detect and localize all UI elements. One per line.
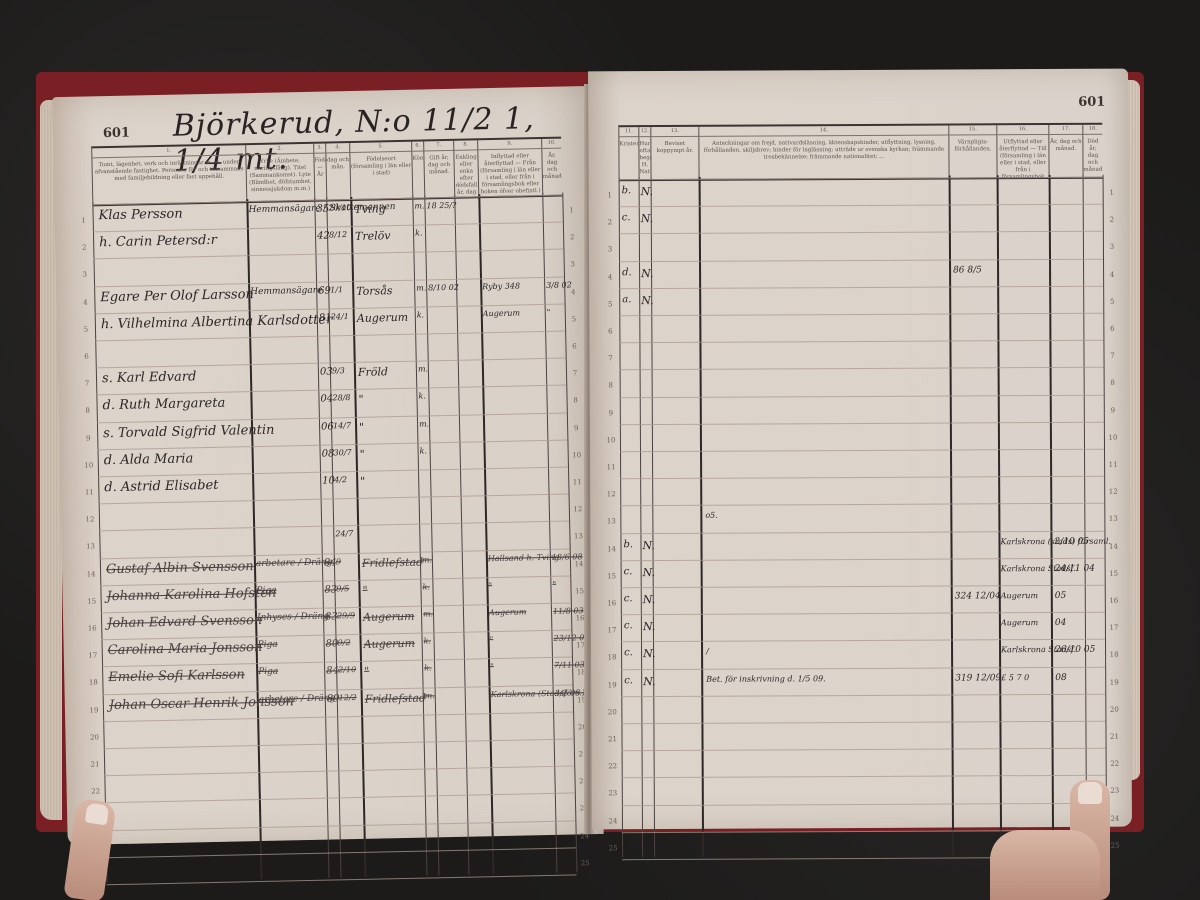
moved-in-date: 3/2 08: [555, 688, 581, 698]
row-number-right: 9: [1106, 406, 1120, 414]
header-col-label: Kristendomskunskap.: [619, 141, 638, 147]
birth-day-month: 1/1: [330, 285, 343, 294]
row-number-left: 14: [604, 545, 618, 553]
header-col-label: Värnpligts-förhållanden.: [954, 139, 991, 152]
sex: k.: [415, 229, 423, 238]
header-col-number: 3.: [314, 145, 325, 154]
row-number-right: 1: [565, 206, 579, 214]
header-col-number: 10.: [542, 140, 561, 149]
row-number-left: 1: [603, 191, 617, 199]
birth-year: 35: [316, 203, 329, 214]
row-rule: [621, 585, 1105, 589]
row-number-right: 25: [578, 859, 592, 867]
sex: k.: [423, 637, 431, 646]
row-number-left: 9: [604, 409, 618, 417]
resident-name: Carolina Maria Jonsson: [108, 640, 263, 658]
sex: m.: [419, 419, 429, 428]
row-number-right: 22: [1108, 760, 1122, 768]
resident-name: h. Carin Petersd:r: [99, 233, 217, 250]
row-number-left: 3: [78, 271, 92, 279]
sex: m.: [416, 283, 426, 292]
communion: N.: [643, 647, 655, 660]
birthplace: ": [360, 475, 365, 488]
header-col-number: 11.: [619, 128, 638, 137]
christian-knowledge: c.: [624, 566, 633, 577]
sex: m.: [414, 201, 424, 210]
header-col-label: Gift år, dag och månad.: [428, 155, 450, 175]
birth-year: 84: [326, 666, 339, 677]
moved-in-from: Augerum: [489, 607, 527, 617]
row-number-right: 10: [1106, 433, 1120, 441]
birth-day-month: 9: [336, 557, 341, 566]
row-number-right: 2: [565, 233, 579, 241]
occupation: arbetare / Dräng: [256, 557, 333, 569]
header-col-5: 5.Födelseort (församling i län eller i s…: [349, 142, 412, 199]
row-number-right: 13: [1106, 515, 1120, 523]
communion: N.: [643, 620, 655, 633]
header-col-number: 8.: [454, 141, 477, 150]
header-col-7: 7.Gift år, dag och månad.: [423, 141, 454, 198]
row-number-left: 22: [606, 762, 620, 770]
row-number-right: 4: [1105, 270, 1119, 278]
birth-day-month: 9/3: [332, 366, 345, 375]
birth-day-month: 24/7: [335, 529, 353, 538]
header-col-10: 10.År, dag och månad.: [541, 139, 562, 195]
row-number-right: 9: [569, 424, 583, 432]
row-number-left: 14: [84, 570, 98, 578]
notes: /: [706, 647, 709, 656]
row-number-right: 18: [1107, 651, 1121, 659]
sex: k.: [420, 446, 428, 455]
header-col-label: Beviset koppympt år.: [657, 141, 694, 154]
birthplace: Tving: [354, 202, 385, 216]
resident-name: Johanna Karolina Hofsten: [106, 585, 276, 604]
header-col-label: dag och mån.: [327, 157, 349, 170]
christian-knowledge: c.: [624, 648, 633, 659]
moved-out-to: £ 5 7 0: [1001, 673, 1029, 682]
header-col-14: 14.Anteckningar om frejd, nattvardsläsni…: [698, 126, 948, 179]
christian-knowledge: c.: [622, 212, 631, 223]
header-col-11: 11.Kristendomskunskap.: [618, 127, 638, 179]
moved-out-date: 26/10 05: [1055, 645, 1095, 655]
row-number-left: 1: [77, 216, 91, 224]
communion: N.: [643, 675, 655, 688]
row-number-left: 15: [85, 597, 99, 605]
left-page-number: 601: [103, 126, 130, 142]
birthplace: Augerum: [363, 610, 415, 624]
birth-year: 89: [327, 693, 340, 704]
birth-year: 83: [325, 611, 338, 622]
header-col-2: 2.Yrke (Ämbete, näringsfång). Titel (Sam…: [245, 144, 314, 201]
moved-in-from: Augerum: [483, 308, 521, 318]
header-col-1: 1.Tomt, lägenhet, verk och inrättningar …: [91, 145, 246, 204]
resident-name: d. Astrid Elisabet: [104, 478, 218, 495]
birthplace: Trelöv: [355, 229, 391, 243]
christian-knowledge: d.: [622, 267, 632, 278]
header-col-12: 12.Huru ofta begått H. Nattv.: [638, 127, 650, 179]
christian-knowledge: c.: [624, 593, 633, 604]
resident-name: Klas Persson: [98, 207, 182, 224]
birth-day-month: 2/10: [338, 665, 356, 674]
moved-in-date: 18/6 08: [552, 552, 583, 562]
row-rule: [619, 231, 1103, 235]
row-rule: [619, 340, 1103, 344]
row-number-right: 19: [1107, 678, 1121, 686]
row-number-right: 1: [1105, 189, 1119, 197]
left-page: 601 Björkerud, N:o 11/2 1, 1/4 mt. 1.Tom…: [52, 86, 604, 845]
resident-name: d. Ruth Margareta: [102, 396, 225, 414]
marriage-date: 18 25/?: [426, 201, 456, 211]
row-number-left: 13: [604, 518, 618, 526]
row-rule: [619, 204, 1103, 208]
row-number-left: 16: [605, 599, 619, 607]
birth-day-month: 24/1: [331, 312, 349, 321]
row-number-left: 4: [78, 298, 92, 306]
resident-name: d. Alda Maria: [104, 451, 194, 468]
header-col-label: Yrke (Ämbete, näringsfång). Titel (Samma…: [249, 158, 312, 193]
right-page: 601 11.Kristendomskunskap.12.Huru ofta b…: [588, 69, 1132, 830]
row-number-left: 11: [604, 463, 618, 471]
resident-name: Gustaf Albin Svensson: [106, 559, 254, 577]
left-thumbnail: [85, 803, 110, 826]
row-rule: [619, 258, 1103, 262]
row-number-left: 2: [77, 244, 91, 252]
birth-day-month: 9/5: [336, 584, 349, 593]
header-col-number: 14.: [699, 127, 948, 137]
birth-day-month: 29/9: [337, 611, 355, 620]
right-column-header: 11.Kristendomskunskap.12.Huru ofta begåt…: [618, 123, 1102, 182]
occupation: Piga: [258, 640, 278, 650]
moved-out-date: 08: [1055, 673, 1067, 683]
header-col-number: 9.: [478, 140, 541, 150]
row-number-right: 6: [567, 342, 581, 350]
birth-year: 04: [320, 394, 333, 405]
birth-year: 84: [324, 557, 337, 568]
row-rule: [621, 721, 1105, 725]
sex: m.: [422, 555, 432, 564]
birth-day-month: 8/12: [329, 230, 347, 239]
row-number-right: 12: [1106, 488, 1120, 496]
birth-year: 83: [324, 584, 337, 595]
column-rule: [619, 177, 624, 857]
row-rule: [620, 394, 1104, 398]
sex: k.: [418, 392, 426, 401]
row-number-left: 8: [604, 382, 618, 390]
right-hand: [990, 830, 1100, 900]
column-rule: [699, 177, 705, 857]
row-number-right: 12: [571, 505, 585, 513]
moved-in-from: ": [488, 581, 492, 590]
communion: N.: [641, 212, 653, 225]
occupation: Piga: [258, 667, 278, 677]
communion: N.: [641, 294, 653, 307]
birth-day-month: 4/2: [334, 475, 347, 484]
birth-day-month: 14/7: [333, 421, 351, 430]
row-number-left: 15: [605, 572, 619, 580]
row-number-left: 5: [603, 300, 617, 308]
header-col-number: 13.: [651, 128, 698, 137]
row-rule: [620, 367, 1104, 371]
christian-knowledge: b.: [623, 539, 633, 550]
moved-in-from: ": [489, 635, 493, 644]
moved-out-date: 24/11 04: [1055, 564, 1095, 574]
row-rule: [622, 775, 1106, 779]
birthplace: Torsås: [356, 284, 392, 298]
row-rule: [622, 748, 1106, 752]
row-number-right: 8: [1106, 379, 1120, 387]
row-number-left: 13: [83, 543, 97, 551]
header-col-label: Enkling eller enka efter dödsfall år, da…: [455, 154, 477, 196]
row-number-right: 5: [567, 315, 581, 323]
row-rule: [620, 449, 1104, 453]
row-number-left: 25: [606, 844, 620, 852]
birthplace: ": [362, 584, 367, 597]
header-col-number: 4.: [326, 144, 349, 153]
row-number-right: 21: [1107, 733, 1121, 741]
right-thumbnail: [1078, 782, 1102, 804]
row-number-right: 6: [1105, 325, 1119, 333]
row-number-right: 3: [566, 261, 580, 269]
birth-year: 69: [318, 285, 331, 296]
birthplace: ": [358, 393, 363, 406]
notes: o5.: [705, 511, 718, 520]
row-number-right: 7: [568, 369, 582, 377]
occupation: Inhyses / Dräng: [257, 612, 329, 624]
birth-day-month: 28/8: [332, 393, 350, 402]
header-col-13: 13.Beviset koppympt år.: [650, 127, 698, 179]
row-rule: [619, 313, 1103, 317]
row-number-right: 15: [1107, 569, 1121, 577]
header-col-label: Kön: [412, 155, 423, 161]
row-number-left: 7: [604, 354, 618, 362]
occupation: arbetare / Dräng: [259, 693, 336, 705]
sex: k.: [424, 664, 432, 673]
sex: k.: [417, 310, 425, 319]
moved-in-from: Ryby 348: [482, 281, 520, 291]
row-rule: [620, 530, 1104, 534]
header-col-label: År, dag och månad.: [1050, 139, 1082, 152]
row-number-left: 4: [603, 273, 617, 281]
christian-knowledge: c.: [624, 620, 633, 631]
birthplace: Augerum: [364, 637, 416, 651]
row-rule: [621, 639, 1105, 643]
row-number-right: 5: [1105, 297, 1119, 305]
header-col-number: 12.: [639, 128, 650, 137]
birth-day-month: 30/7: [334, 448, 352, 457]
header-col-label: Död år, dag och månad.: [1084, 139, 1103, 173]
birth-day-month: 9/2: [338, 638, 351, 647]
military-service: 319 12/09: [955, 673, 1001, 683]
column-rule: [997, 175, 1003, 855]
sex: m.: [423, 609, 433, 618]
header-col-16: 16.Utflyttad eller återflyttad — Till (f…: [996, 125, 1048, 177]
birthplace: ": [359, 420, 364, 433]
row-number-left: 8: [81, 407, 95, 415]
row-rule: [621, 666, 1105, 670]
row-rule: [621, 558, 1105, 562]
row-number-right: 11: [570, 478, 584, 486]
moved-in-date: ": [552, 580, 556, 589]
birthplace: ": [360, 448, 365, 461]
row-number-right: 24: [1108, 814, 1122, 822]
row-number-right: 7: [1105, 352, 1119, 360]
row-rule: [620, 503, 1104, 507]
row-number-left: 10: [82, 461, 96, 469]
header-col-4: 4.dag och mån.: [325, 143, 350, 199]
birth-year: 10: [322, 475, 335, 486]
row-number-left: 18: [86, 679, 100, 687]
birth-day-month: 20/10: [328, 203, 351, 212]
column-rule: [424, 195, 439, 875]
communion: N.: [641, 185, 653, 198]
row-rule: [621, 694, 1105, 698]
header-col-number: 6.: [412, 142, 423, 151]
row-number-left: 12: [83, 516, 97, 524]
header-col-label: Huru ofta begått H. Nattv.: [639, 141, 650, 175]
christian-knowledge: a.: [622, 294, 631, 305]
row-number-left: 20: [605, 708, 619, 716]
communion: N.: [643, 566, 655, 579]
birth-year: 03: [320, 367, 333, 378]
communion: N.: [641, 267, 653, 280]
row-number-left: 21: [605, 735, 619, 743]
row-number-left: 3: [603, 246, 617, 254]
resident-name: s. Karl Edvard: [102, 369, 197, 386]
resident-name: s. Torvald Sigfrid Valentin: [103, 422, 275, 441]
christian-knowledge: b.: [622, 185, 632, 196]
header-col-15: 15.Värnpligts-förhållanden.: [948, 125, 996, 177]
row-number-left: 18: [605, 654, 619, 662]
row-number-left: 9: [81, 434, 95, 442]
sex: k.: [422, 582, 430, 591]
moved-in-date: ": [547, 308, 551, 317]
row-number-left: 6: [79, 352, 93, 360]
birth-year: 08: [322, 448, 335, 459]
row-number-right: 16: [1107, 597, 1121, 605]
header-col-number: 2.: [246, 145, 313, 155]
row-number-left: 11: [82, 488, 96, 496]
header-col-number: 5.: [350, 143, 411, 153]
birth-year: 80: [326, 639, 339, 650]
column-rule: [1049, 175, 1055, 855]
header-col-8: 8.Enkling eller enka efter dödsfall år, …: [453, 140, 478, 196]
header-col-label: Utflyttad eller återflyttad — Till (förs…: [999, 139, 1047, 177]
header-col-18: 18.Död år, dag och månad.: [1082, 125, 1102, 177]
header-col-number: 17.: [1049, 126, 1082, 135]
moved-out-date: 04: [1055, 618, 1067, 628]
header-col-label: Tomt, lägenhet, verk och inrättningar m.…: [95, 159, 244, 182]
birth-year: 81: [319, 312, 332, 323]
occupation: Hemmansägare: [250, 285, 322, 297]
header-col-9: 9.Inflyttad eller återflyttad — Från (fö…: [477, 139, 542, 196]
moved-in-from: ": [490, 662, 494, 671]
row-rule: [620, 476, 1104, 480]
row-number-left: 19: [87, 706, 101, 714]
row-rule: [620, 422, 1104, 426]
row-number-left: 22: [89, 788, 103, 796]
column-rule: [478, 194, 494, 874]
header-col-17: 17.År, dag och månad.: [1048, 125, 1082, 177]
row-number-left: 17: [86, 652, 100, 660]
moved-out-to: Augerum: [1001, 591, 1038, 600]
resident-name: Egare Per Olof Larsson: [100, 287, 254, 305]
communion: N.: [642, 539, 654, 552]
birth-day-month: 12/2: [339, 693, 357, 702]
column-rule: [949, 176, 955, 856]
row-number-left: 2: [603, 218, 617, 226]
right-page-number: 601: [1078, 95, 1105, 110]
birthplace: Fröld: [358, 365, 388, 379]
header-col-number: 7.: [424, 142, 453, 152]
row-number-right: 2: [1105, 216, 1119, 224]
row-rule: [619, 286, 1103, 290]
resident-name: Emelie Sofi Karlsson: [108, 668, 245, 686]
header-col-label: År, dag och månad.: [543, 153, 562, 180]
row-rule: [621, 612, 1105, 616]
header-col-number: 16.: [997, 126, 1048, 135]
communion: N.: [643, 593, 655, 606]
row-number-left: 16: [85, 624, 99, 632]
moved-in-date: 3/8 02: [546, 280, 572, 290]
sex: m.: [425, 691, 435, 700]
sex: m.: [418, 365, 428, 374]
birthplace: Fridlefstad: [365, 691, 426, 705]
row-number-left: 17: [605, 626, 619, 634]
row-number-left: 24: [606, 817, 620, 825]
row-number-left: 10: [604, 436, 618, 444]
row-number-left: 5: [79, 325, 93, 333]
row-number-right: 10: [570, 451, 584, 459]
header-col-number: 15.: [949, 126, 996, 135]
row-number-left: 23: [606, 790, 620, 798]
birth-year: 06: [321, 421, 334, 432]
moved-out-date: 05: [1055, 591, 1067, 601]
moved-out-date: 2/10 05: [1054, 536, 1089, 546]
birthplace: ": [364, 665, 369, 678]
header-col-label: Inflyttad eller återflyttad — Från (förs…: [480, 153, 541, 195]
header-col-label: Anteckningar om frejd, nattvardsläsning,…: [704, 140, 944, 161]
row-number-left: 6: [603, 327, 617, 335]
resident-name: h. Vilhelmina Albertina Karlsdotter: [101, 312, 333, 332]
birthplace: Augerum: [357, 311, 409, 325]
header-col-number: 18.: [1083, 126, 1102, 135]
column-rule: [412, 196, 427, 876]
row-number-left: 12: [604, 490, 618, 498]
row-rule: [622, 802, 1106, 806]
christian-knowledge: c.: [624, 675, 633, 686]
row-number-right: 25: [1108, 841, 1122, 849]
row-number-left: 20: [87, 733, 101, 741]
row-number-right: 20: [1107, 705, 1121, 713]
row-number-right: 8: [569, 397, 583, 405]
row-number-left: 7: [80, 380, 94, 388]
military-service: 86 8/5: [953, 265, 982, 275]
column-rule: [1083, 175, 1088, 855]
row-number-right: 11: [1106, 461, 1120, 469]
row-number-left: 21: [88, 760, 102, 768]
moved-in-from: Hallsand h. Tving: [488, 552, 560, 562]
notes: Bet. för inskrivning d. 1/5 09.: [706, 674, 826, 684]
row-number-right: 17: [1107, 624, 1121, 632]
marriage-date: 8/10 02: [428, 282, 459, 292]
birthplace: Fridlefstad: [362, 555, 423, 569]
column-rule: [454, 195, 469, 875]
column-rule: [314, 198, 329, 878]
moved-out-to: Augerum: [1001, 618, 1038, 627]
row-number-left: 19: [605, 681, 619, 689]
column-rule: [542, 193, 557, 873]
row-number-right: 3: [1105, 243, 1119, 251]
